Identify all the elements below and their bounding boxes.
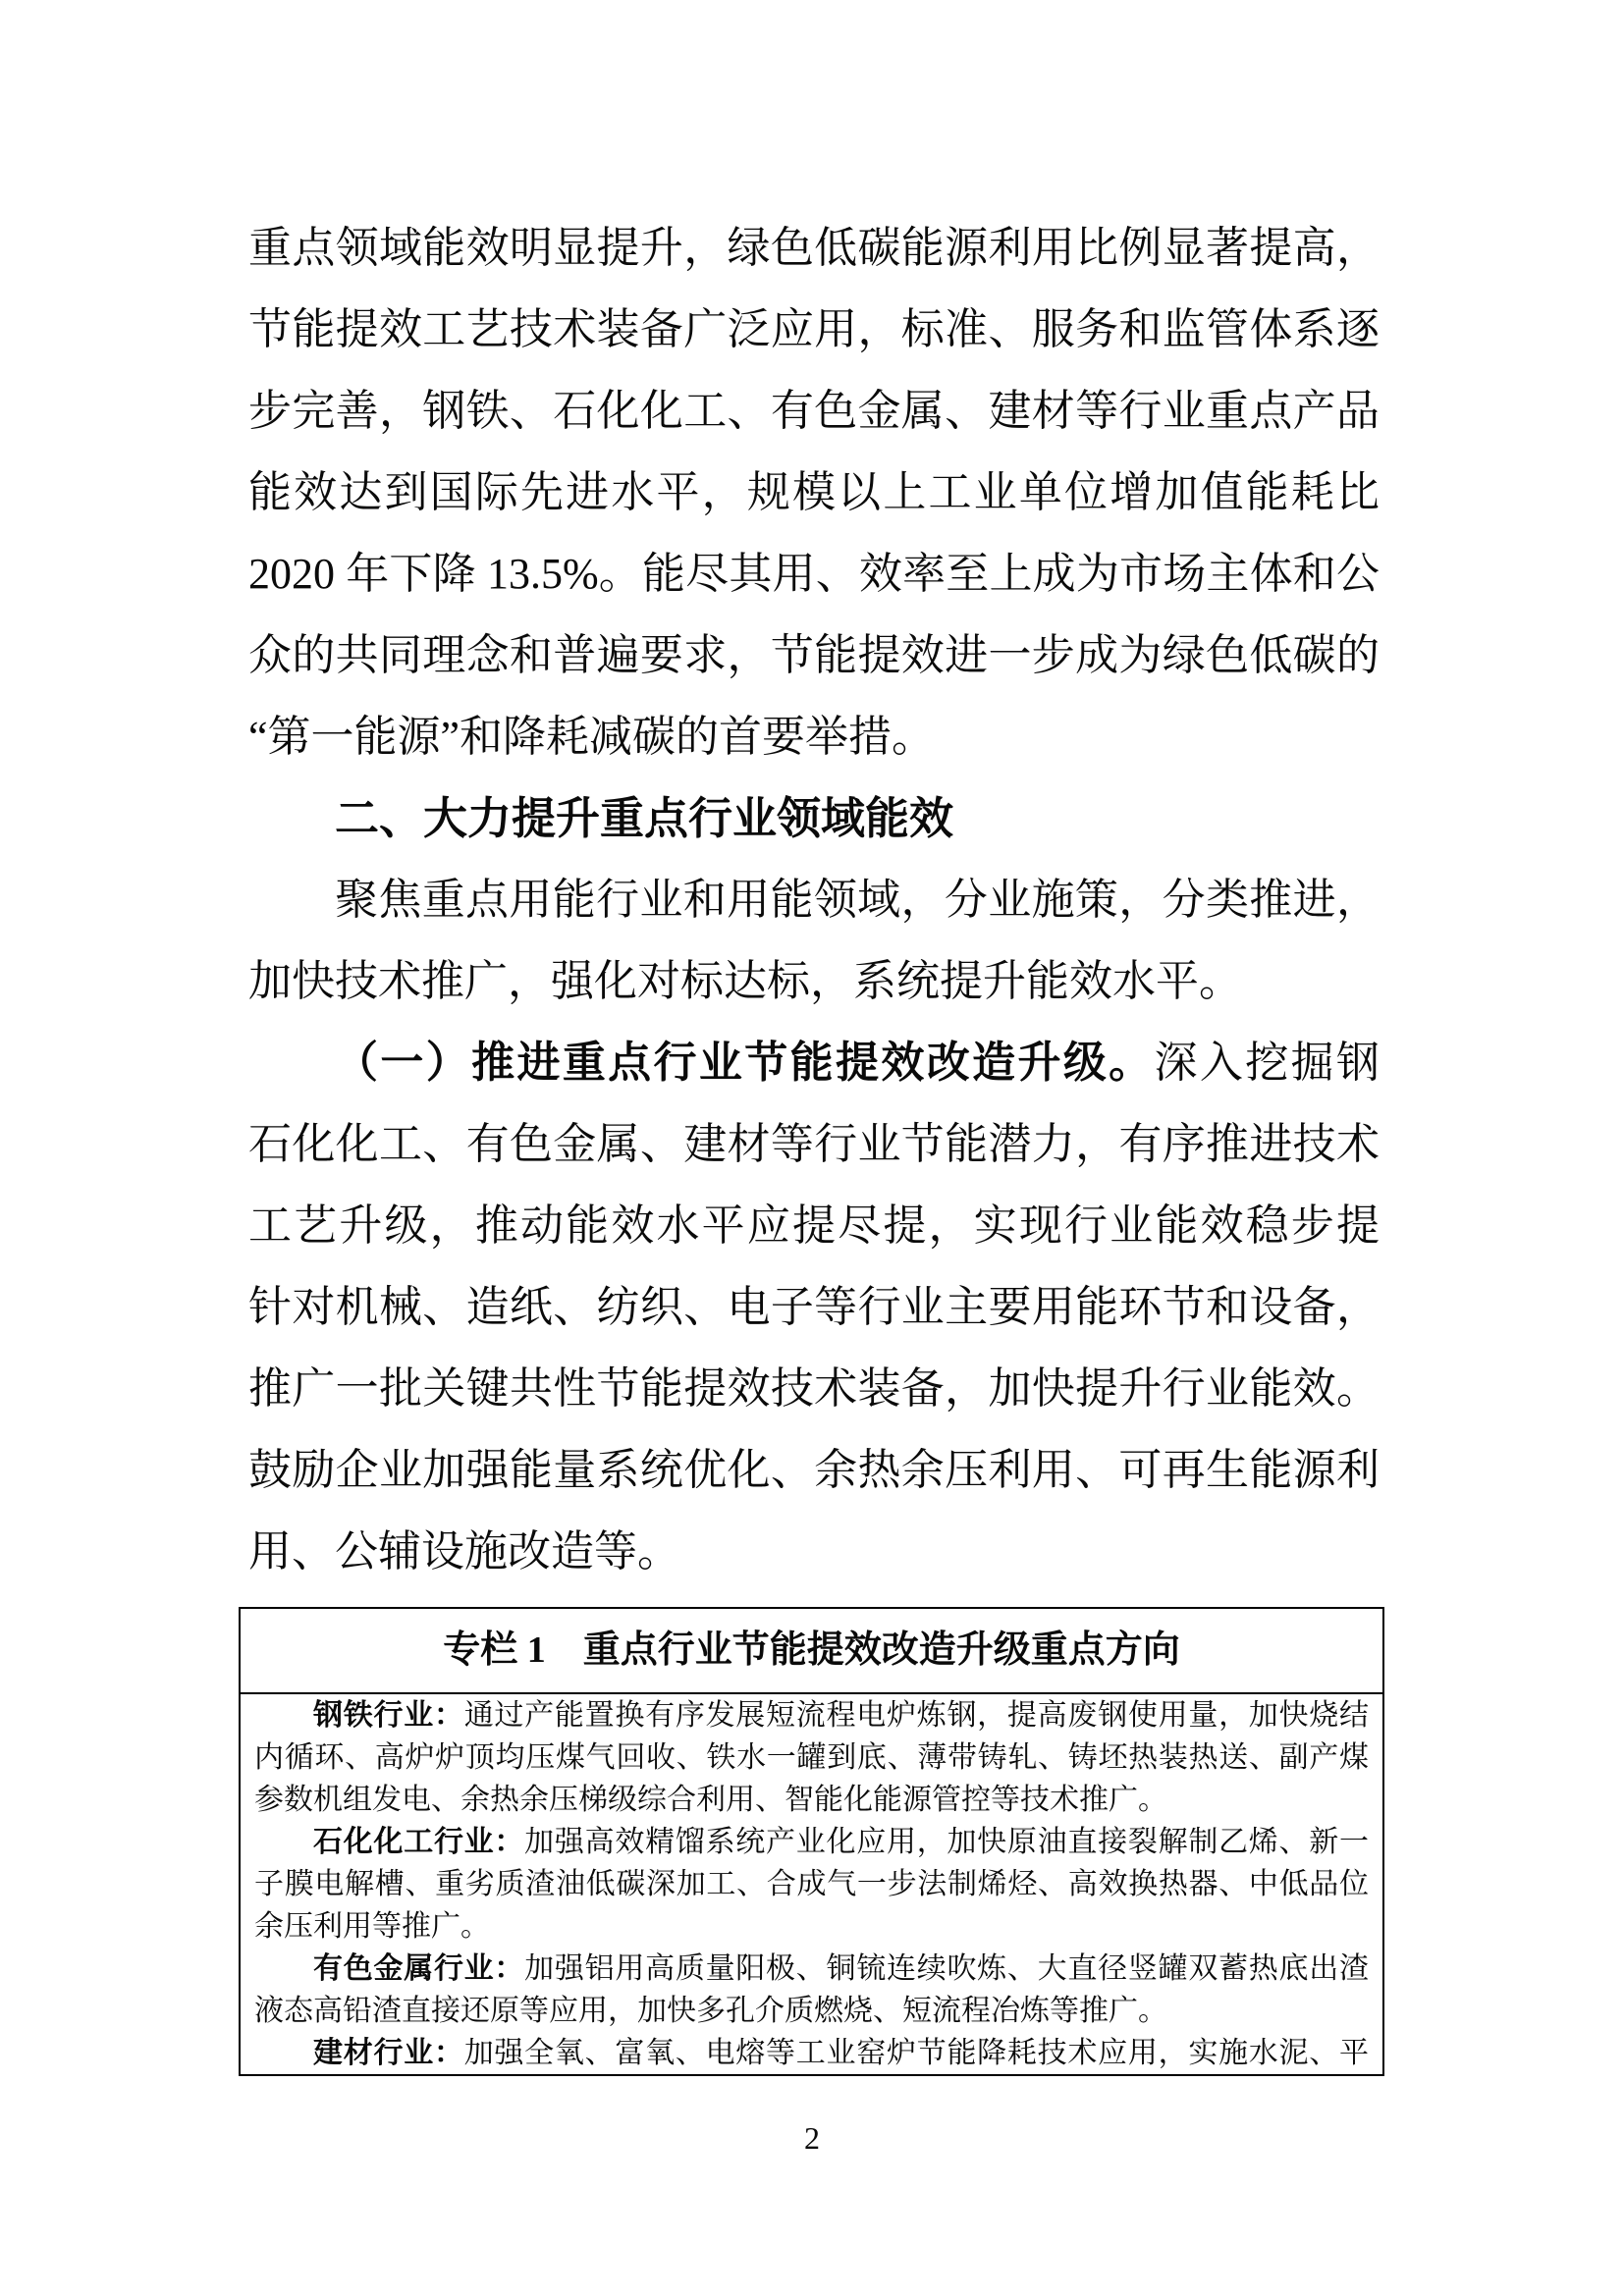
text-line: 鼓励企业加强能量系统优化、余热余压利用、可再生能源利 [248, 1429, 1380, 1511]
callout-text-line: 参数机组发电、余热余压梯级综合利用、智能化能源管控等技术推广。 [254, 1779, 1369, 1821]
body-text-column: 重点领域能效明显提升，绿色低碳能源利用比例显著提高，节能提效工艺技术装备广泛应用… [248, 207, 1380, 1592]
line-text: 液态高铅渣直接还原等应用，加快多孔介质燃烧、短流程冶炼等推广。 [254, 1995, 1167, 2027]
document-page: 重点领域能效明显提升，绿色低碳能源利用比例显著提高，节能提效工艺技术装备广泛应用… [0, 0, 1624, 2296]
callout-box-body: 钢铁行业：通过产能置换有序发展短流程电炉炼钢，提高废钢使用量，加快烧结烟气内循环… [241, 1694, 1382, 2074]
page-number: 2 [0, 2120, 1624, 2157]
line-text: 针对机械、造纸、纺织、电子等行业主要用能环节和设备， [248, 1283, 1380, 1331]
callout-text-line: 石化化工行业：加强高效精馏系统产业化应用，加快原油直接裂解制乙烯、新一代离 [254, 1821, 1369, 1863]
callout-text-line: 余压利用等推广。 [254, 1905, 1369, 1948]
text-line: 推广一批关键共性节能提效技术装备，加快提升行业能效。 [248, 1348, 1380, 1429]
line-text: 石化化工、有色金属、建材等行业节能潜力，有序推进技术 [248, 1120, 1380, 1168]
callout-text-line: 建材行业：加强全氧、富氧、电熔等工业窑炉节能降耗技术应用，实施水泥、平板玻 [254, 2032, 1369, 2074]
line-text: 能效达到国际先进水平，规模以上工业单位增加值能耗比 [248, 468, 1380, 516]
line-text: 内循环、高炉炉顶均压煤气回收、铁水一罐到底、薄带铸轧、铸坯热装热送、副产煤气高 [254, 1741, 1369, 1779]
bold-lead-text: 石化化工行业： [313, 1826, 524, 1858]
callout-box-title: 专栏 1 重点行业节能提效改造升级重点方向 [241, 1609, 1382, 1694]
line-text: 2020 年下降 13.5%。能尽其用、效率至上成为市场主体和公 [248, 550, 1380, 598]
text-line: （一）推进重点行业节能提效改造升级。深入挖掘钢铁、 [248, 1022, 1380, 1103]
bold-lead-text: 有色金属行业： [313, 1952, 524, 1985]
callout-box: 专栏 1 重点行业节能提效改造升级重点方向 钢铁行业：通过产能置换有序发展短流程… [239, 1607, 1384, 2076]
line-text: 工艺升级，推动能效水平应提尽提，实现行业能效稳步提升。 [248, 1201, 1380, 1266]
text-line: 聚焦重点用能行业和用能领域，分业施策，分类推进， [248, 859, 1380, 940]
text-line: 针对机械、造纸、纺织、电子等行业主要用能环节和设备， [248, 1266, 1380, 1348]
bold-lead-text: 钢铁行业： [313, 1699, 464, 1732]
text-line: 工艺升级，推动能效水平应提尽提，实现行业能效稳步提升。 [248, 1185, 1380, 1266]
text-line: 节能提效工艺技术装备广泛应用，标准、服务和监管体系逐 [248, 289, 1380, 370]
line-text: 众的共同理念和普遍要求，节能提效进一步成为绿色低碳的 [248, 631, 1380, 679]
line-text: 节能提效工艺技术装备广泛应用，标准、服务和监管体系逐 [248, 305, 1380, 353]
text-line: 重点领域能效明显提升，绿色低碳能源利用比例显著提高， [248, 207, 1380, 289]
line-text: 步完善，钢铁、石化化工、有色金属、建材等行业重点产品 [248, 387, 1380, 435]
line-text: 聚焦重点用能行业和用能领域，分业施策，分类推进， [335, 876, 1380, 924]
callout-text-line: 钢铁行业：通过产能置换有序发展短流程电炉炼钢，提高废钢使用量，加快烧结烟气 [254, 1694, 1369, 1736]
text-line: 加快技术推广，强化对标达标，系统提升能效水平。 [248, 940, 1380, 1022]
text-line: 能效达到国际先进水平，规模以上工业单位增加值能耗比 [248, 452, 1380, 533]
text-line: 2020 年下降 13.5%。能尽其用、效率至上成为市场主体和公 [248, 533, 1380, 614]
callout-text-line: 子膜电解槽、重劣质渣油低碳深加工、合成气一步法制烯烃、高效换热器、中低品位余热 [254, 1863, 1369, 1905]
line-text: 参数机组发电、余热余压梯级综合利用、智能化能源管控等技术推广。 [254, 1784, 1167, 1816]
bold-lead-text: （一）推进重点行业节能提效改造升级。 [335, 1039, 1155, 1087]
line-text: 加快技术推广，强化对标达标，系统提升能效水平。 [248, 957, 1242, 1005]
callout-text-line: 液态高铅渣直接还原等应用，加快多孔介质燃烧、短流程冶炼等推广。 [254, 1990, 1369, 2032]
text-line: “第一能源”和降耗减碳的首要举措。 [248, 696, 1380, 777]
text-line: 石化化工、有色金属、建材等行业节能潜力，有序推进技术 [248, 1103, 1380, 1185]
line-text: “第一能源”和降耗减碳的首要举措。 [248, 713, 935, 761]
line-text: 余压利用等推广。 [254, 1910, 490, 1943]
line-text: 二、大力提升重点行业领域能效 [335, 793, 953, 843]
line-text: 推广一批关键共性节能提效技术装备，加快提升行业能效。 [248, 1364, 1380, 1413]
text-line: 众的共同理念和普遍要求，节能提效进一步成为绿色低碳的 [248, 614, 1380, 696]
line-text: 子膜电解槽、重劣质渣油低碳深加工、合成气一步法制烯烃、高效换热器、中低品位余热 [254, 1868, 1369, 1905]
line-text: 重点领域能效明显提升，绿色低碳能源利用比例显著提高， [248, 224, 1380, 272]
callout-text-line: 有色金属行业：加强铝用高质量阳极、铜锍连续吹炼、大直径竖罐双蓄热底出渣炼镁、 [254, 1948, 1369, 1990]
text-line: 步完善，钢铁、石化化工、有色金属、建材等行业重点产品 [248, 370, 1380, 452]
callout-text-line: 内循环、高炉炉顶均压煤气回收、铁水一罐到底、薄带铸轧、铸坯热装热送、副产煤气高 [254, 1736, 1369, 1779]
text-line: 用、公辅设施改造等。 [248, 1511, 1380, 1592]
bold-lead-text: 建材行业： [313, 2037, 464, 2069]
line-text: 鼓励企业加强能量系统优化、余热余压利用、可再生能源利 [248, 1446, 1380, 1494]
line-text: 用、公辅设施改造等。 [248, 1527, 680, 1575]
text-line: 二、大力提升重点行业领域能效 [248, 777, 1380, 859]
